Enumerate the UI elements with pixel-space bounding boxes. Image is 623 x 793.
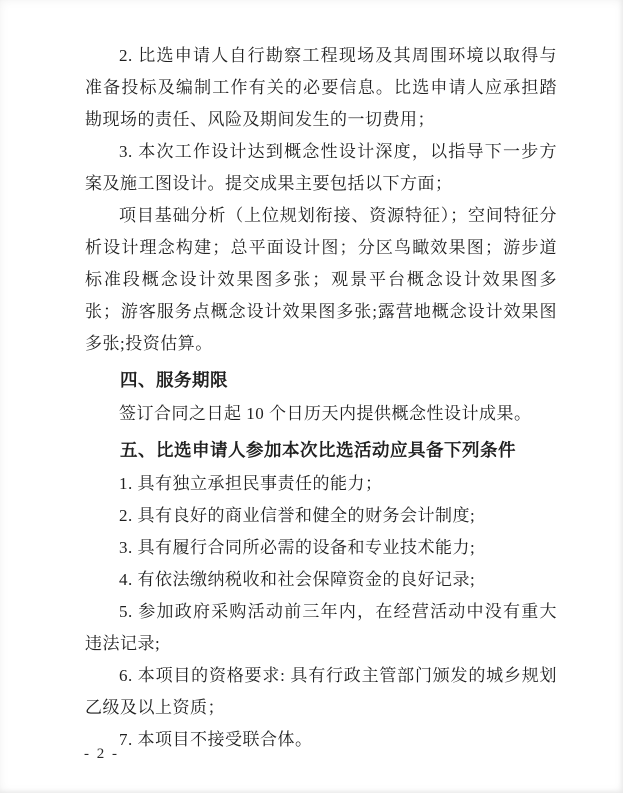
paragraph: 项目基础分析（上位规划衔接、资源特征）；空间特征分析设计理念构建；总平面设计图；… xyxy=(85,200,557,360)
paragraph: 5. 参加政府采购活动前三年内，在经营活动中没有重大违法记录; xyxy=(85,596,557,660)
document-body: 2. 比选申请人自行勘察工程现场及其周围环境以取得与准备投标及编制工作有关的必要… xyxy=(85,40,557,756)
paragraph: 3. 本次工作设计达到概念性设计深度，以指导下一步方案及施工图设计。提交成果主要… xyxy=(85,136,557,200)
paragraph: 1. 具有独立承担民事责任的能力； xyxy=(85,468,557,500)
page-number: - 2 - xyxy=(84,745,119,763)
paragraph: 3. 具有履行合同所必需的设备和专业技术能力; xyxy=(85,532,557,564)
section-heading: 五、比选申请人参加本次比选活动应具备下列条件 xyxy=(85,434,557,466)
paragraph: 6. 本项目的资格要求: 具有行政主管部门颁发的城乡规划乙级及以上资质； xyxy=(85,660,557,724)
paragraph: 2. 具有良好的商业信誉和健全的财务会计制度; xyxy=(85,500,557,532)
paragraph: 7. 本项目不接受联合体。 xyxy=(85,724,557,756)
paragraph: 2. 比选申请人自行勘察工程现场及其周围环境以取得与准备投标及编制工作有关的必要… xyxy=(85,40,557,136)
paragraph: 4. 有依法缴纳税收和社会保障资金的良好记录; xyxy=(85,564,557,596)
document-page: 2. 比选申请人自行勘察工程现场及其周围环境以取得与准备投标及编制工作有关的必要… xyxy=(0,0,623,793)
section-heading: 四、服务期限 xyxy=(85,364,557,396)
paragraph: 签订合同之日起 10 个日历天内提供概念性设计成果。 xyxy=(85,398,557,430)
